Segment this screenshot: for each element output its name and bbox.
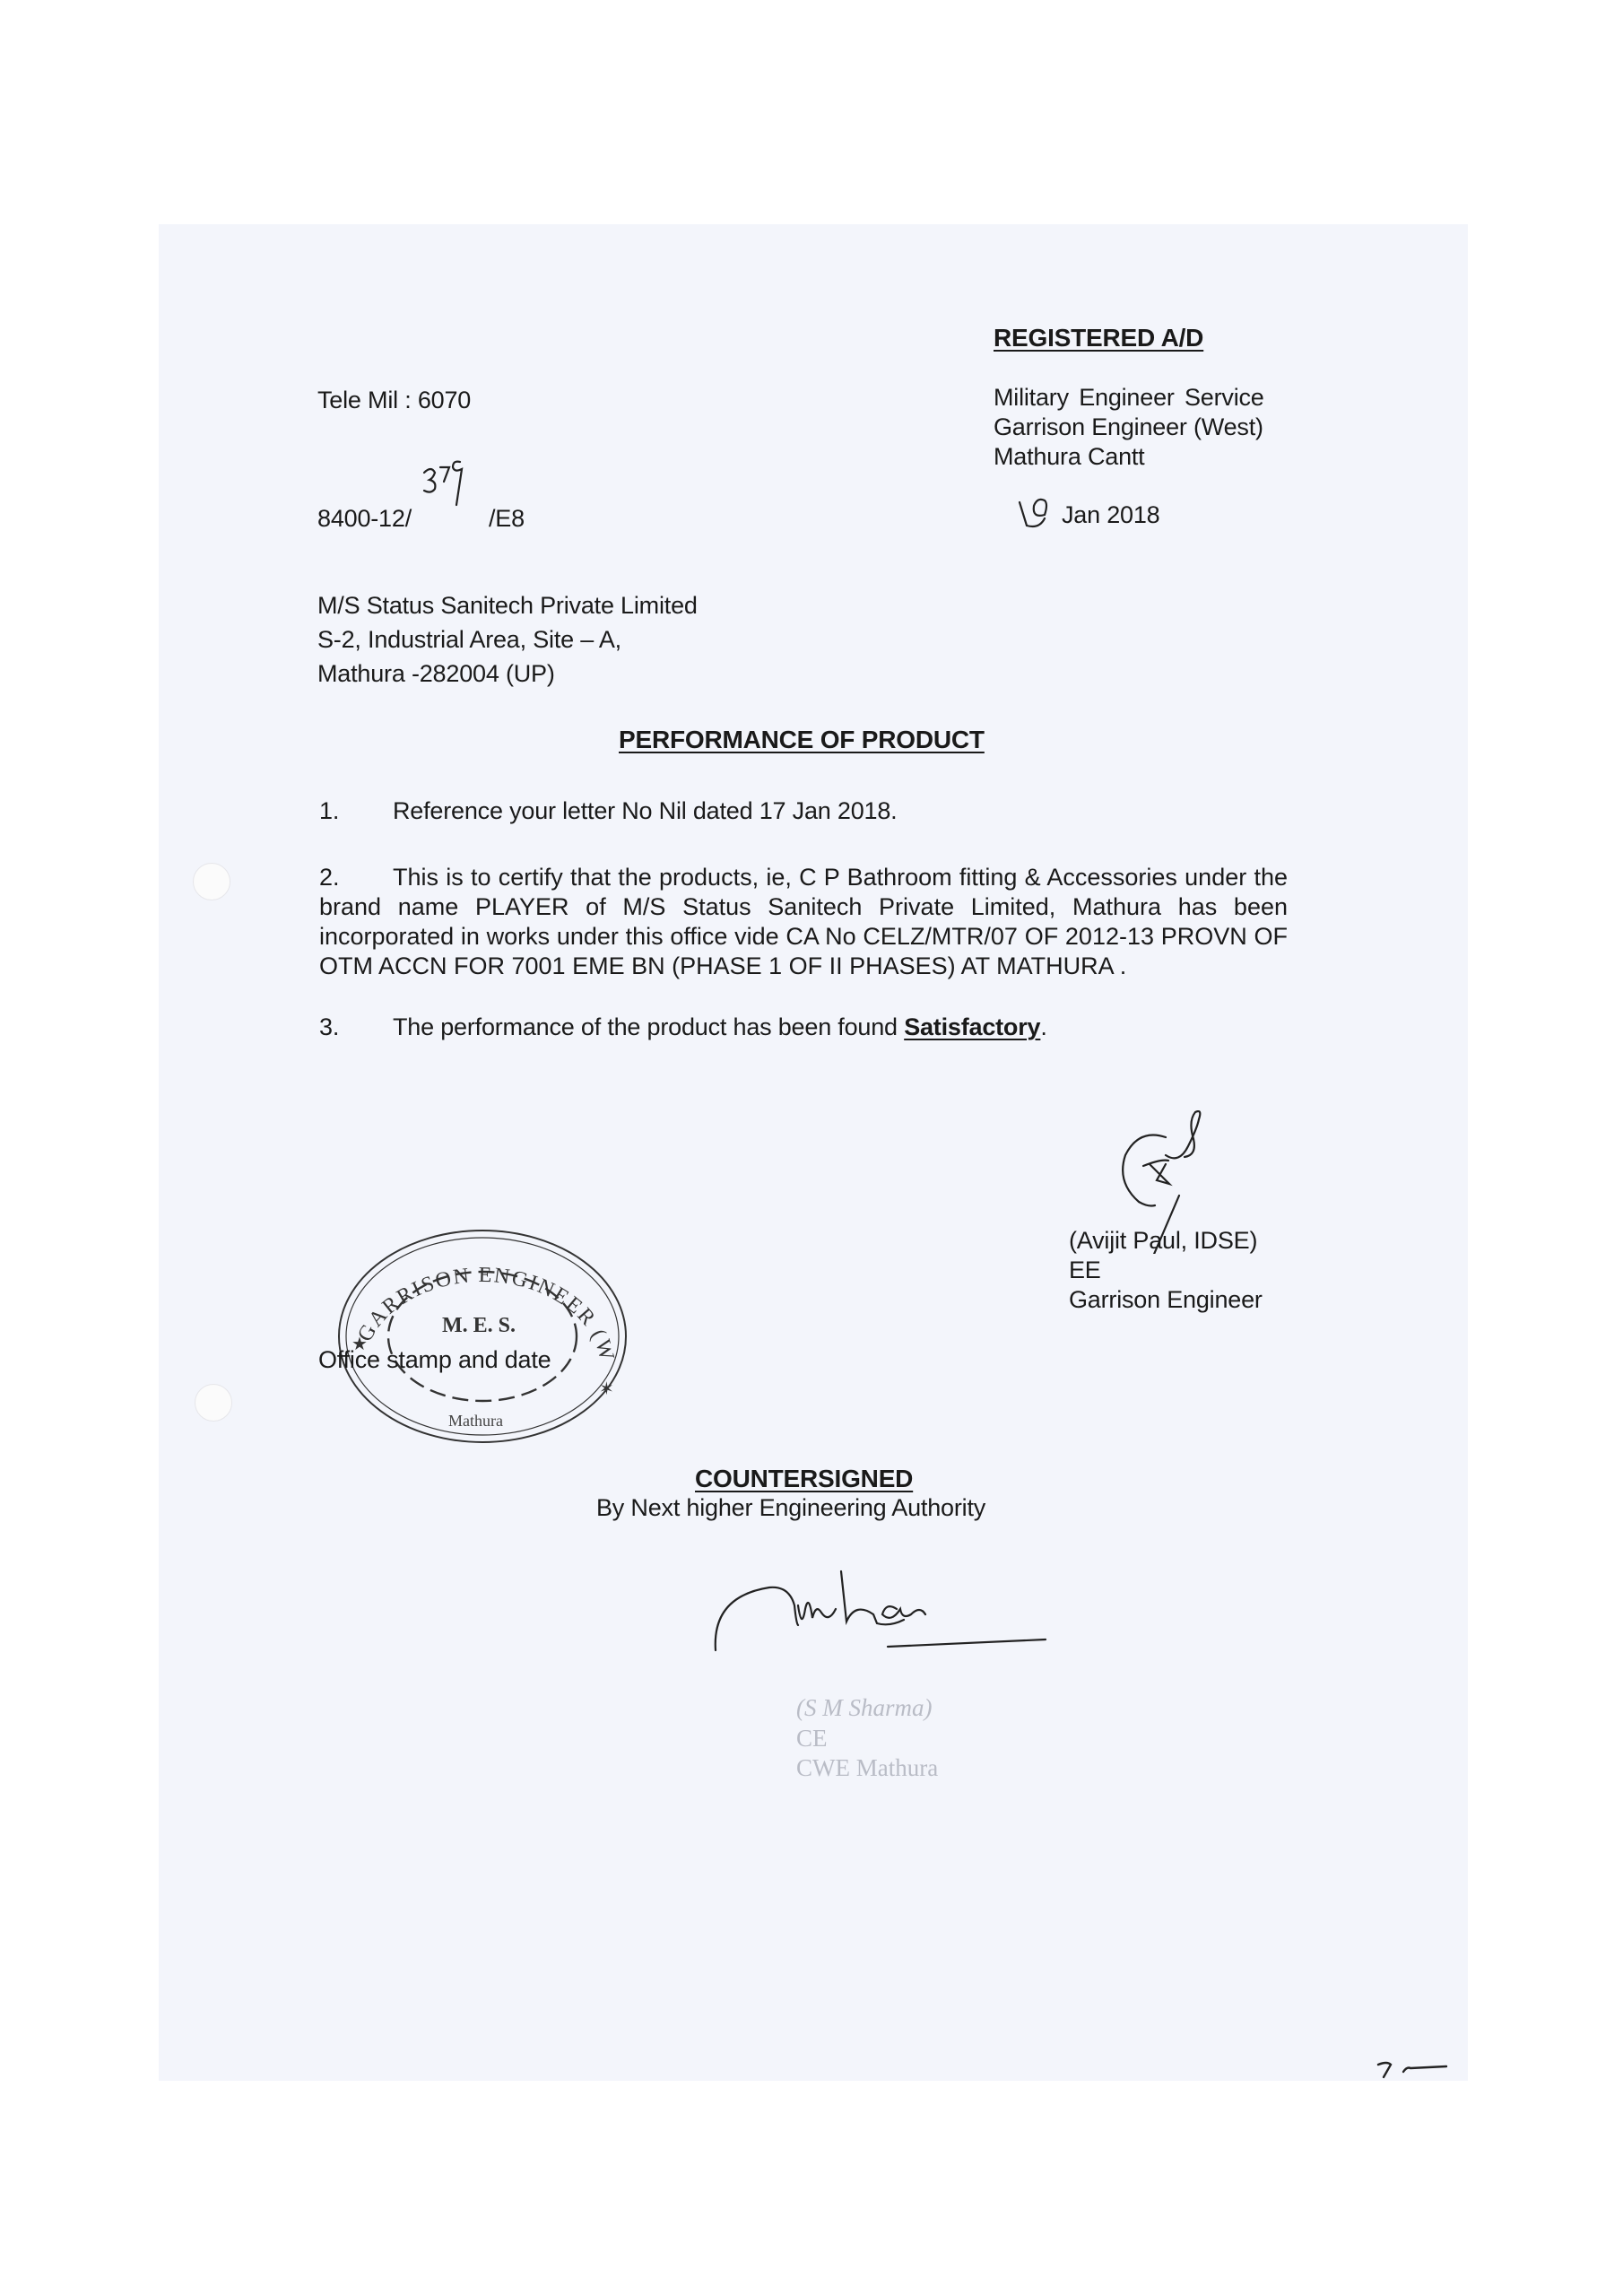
paragraph-3-tail: . xyxy=(1040,1013,1046,1040)
reference-suffix: /E8 xyxy=(489,504,525,534)
paragraph-1-text: Reference your letter No Nil dated 17 Ja… xyxy=(393,797,897,824)
page-continuation-mark xyxy=(1376,2059,1448,2083)
addressee-line-2: S-2, Industrial Area, Site – A, xyxy=(317,625,621,655)
countersign-office-faded: CWE Mathura xyxy=(796,1753,938,1783)
subject-heading: PERFORMANCE OF PRODUCT xyxy=(619,725,985,754)
paragraph-1: 1.Reference your letter No Nil dated 17 … xyxy=(319,796,897,826)
signatory-rank: EE xyxy=(1069,1256,1101,1285)
paragraph-2-number: 2. xyxy=(319,863,393,892)
satisfactory-emphasis: Satisfactory xyxy=(904,1013,1040,1040)
registered-ad-label: REGISTERED A/D xyxy=(994,323,1203,352)
addressee-line-1: M/S Status Sanitech Private Limited xyxy=(317,591,698,621)
addressee-line-3: Mathura -282004 (UP) xyxy=(317,659,555,689)
paragraph-1-number: 1. xyxy=(319,796,393,826)
punch-hole-bottom xyxy=(195,1384,232,1422)
punch-hole-top xyxy=(193,863,230,900)
office-line-1: Military Engineer Service xyxy=(994,383,1264,413)
signature-countersign xyxy=(708,1570,1049,1673)
paragraph-2-text: This is to certify that the products, ie… xyxy=(319,864,1288,979)
paragraph-3: 3.The performance of the product has bee… xyxy=(319,1013,1047,1042)
scanned-page xyxy=(159,224,1468,2081)
stamp-bottom-text: Mathura xyxy=(448,1412,503,1430)
countersign-subtitle: By Next higher Engineering Authority xyxy=(596,1493,985,1523)
office-line-2: Garrison Engineer (West) xyxy=(994,413,1263,442)
paragraph-2: 2.This is to certify that the products, … xyxy=(319,863,1288,981)
handwritten-reference-number xyxy=(417,453,480,520)
tele-mil: Tele Mil : 6070 xyxy=(317,386,471,415)
stamp-center-text: M. E. S. xyxy=(442,1314,516,1337)
reference-prefix: 8400-12/ xyxy=(317,504,412,534)
paragraph-3-text: The performance of the product has been … xyxy=(393,1013,904,1040)
countersign-rank-faded: CE xyxy=(796,1724,828,1753)
star-icon: ✶ xyxy=(599,1379,614,1399)
office-stamp: GARRISON ENGINEER (WEST) M. E. S. Mathur… xyxy=(330,1220,635,1457)
countersigned-heading: COUNTERSIGNED xyxy=(695,1464,913,1493)
signatory-designation: Garrison Engineer xyxy=(1069,1285,1263,1315)
date-printed: Jan 2018 xyxy=(1062,500,1160,530)
handwritten-date-day xyxy=(1018,495,1061,535)
office-line-3: Mathura Cantt xyxy=(994,442,1144,472)
countersign-name-faded: (S M Sharma) xyxy=(796,1693,932,1723)
signatory-name: (Avijit Paul, IDSE) xyxy=(1069,1226,1257,1256)
paragraph-3-number: 3. xyxy=(319,1013,393,1042)
office-stamp-label: Office stamp and date xyxy=(318,1345,551,1375)
